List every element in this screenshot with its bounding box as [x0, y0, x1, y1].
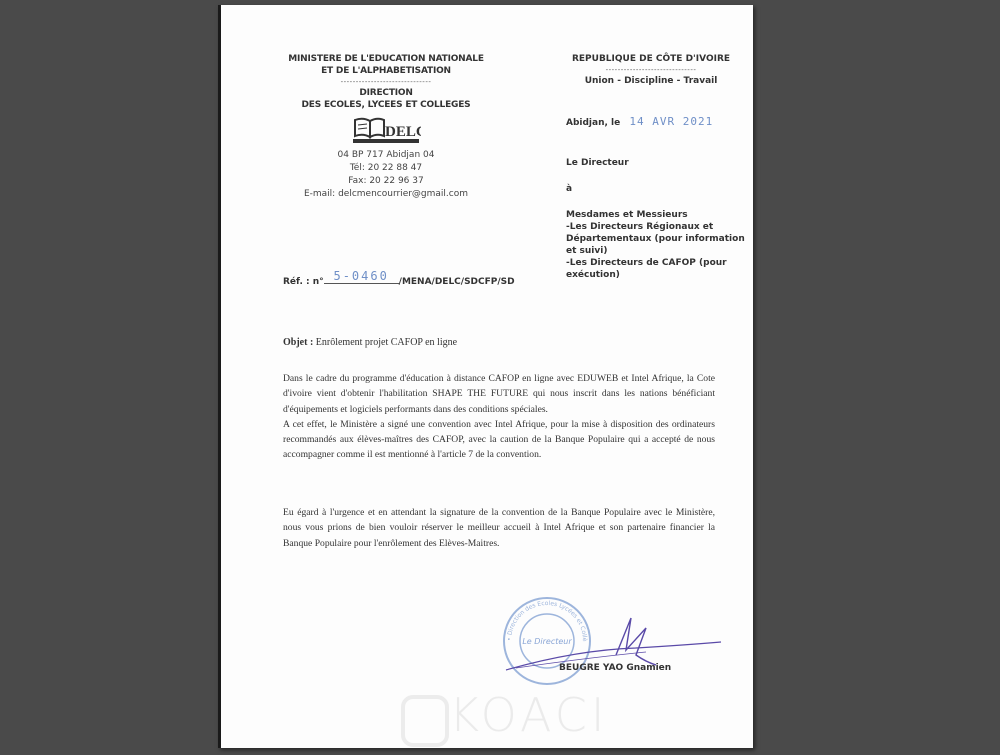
ministry-name-line2: ET DE L'ALPHABETISATION — [261, 65, 511, 77]
body-paragraph-2: Eu égard à l'urgence et en attendant la … — [283, 505, 715, 551]
signer-name: BEUGRE YAO Gnamien — [559, 663, 671, 673]
direction-line1: DIRECTION — [261, 87, 511, 99]
reference-line: Réf. : n°5-0460/MENA/DELC/SDCFP/SD — [283, 273, 515, 288]
paragraph-text: Eu égard à l'urgence et en attendant la … — [283, 505, 715, 551]
separator: ------------------------------ — [556, 65, 746, 75]
to-word: à — [566, 183, 751, 195]
svg-text:DELC: DELC — [385, 124, 421, 140]
book-icon: DELC — [351, 115, 421, 145]
paragraph-text: Dans le cadre du programme d'éducation à… — [283, 371, 715, 417]
signature — [496, 610, 726, 690]
email: E-mail: delcmencourrier@gmail.com — [261, 188, 511, 201]
direction-line2: DES ECOLES, LYCEES ET COLLEGES — [261, 99, 511, 111]
subject-line: Objet : Enrôlement projet CAFOP en ligne — [283, 337, 457, 348]
country-name: REPUBLIQUE DE CÔTE D'IVOIRE — [556, 53, 746, 65]
address: 04 BP 717 Abidjan 04 — [261, 149, 511, 162]
national-motto: Union - Discipline - Travail — [556, 75, 746, 87]
watermark-logo-icon — [401, 695, 449, 747]
date-line: Abidjan, le 14 AVR 2021 — [566, 115, 713, 128]
subject-text: Enrôlement projet CAFOP en ligne — [316, 337, 457, 348]
recipient-line: -Les Directeurs de CAFOP (pour exécution… — [566, 257, 751, 281]
ministry-header: MINISTERE DE L'EDUCATION NATIONALE ET DE… — [261, 53, 511, 201]
subject-label: Objet : — [283, 337, 313, 348]
recipient-line: Mesdames et Messieurs — [566, 209, 751, 221]
ministry-name-line1: MINISTERE DE L'EDUCATION NATIONALE — [261, 53, 511, 65]
recipient-line: -Les Directeurs Régionaux et Département… — [566, 221, 751, 257]
paragraph-text: A cet effet, le Ministère a signé une co… — [283, 417, 715, 463]
date-prefix: Abidjan, le — [566, 118, 620, 128]
separator: ------------------------------ — [261, 77, 511, 87]
watermark-text: KOACI — [449, 688, 608, 742]
telephone: Tél: 20 22 88 47 — [261, 162, 511, 175]
reference-prefix: Réf. : n° — [283, 277, 324, 287]
reference-suffix: /MENA/DELC/SDCFP/SD — [399, 277, 515, 287]
letter-page: MINISTERE DE L'EDUCATION NATIONALE ET DE… — [218, 5, 753, 748]
fax: Fax: 20 22 96 37 — [261, 175, 511, 188]
sender-title: Le Directeur — [566, 157, 751, 169]
delc-logo: DELC — [351, 115, 421, 145]
republic-header: REPUBLIQUE DE CÔTE D'IVOIRE ------------… — [556, 53, 746, 87]
date-stamp: 14 AVR 2021 — [629, 115, 713, 128]
body-paragraph-1: Dans le cadre du programme d'éducation à… — [283, 371, 715, 463]
reference-number: 5-0460 — [324, 269, 399, 284]
addressee-block: Le Directeur à Mesdames et Messieurs -Le… — [566, 157, 751, 281]
